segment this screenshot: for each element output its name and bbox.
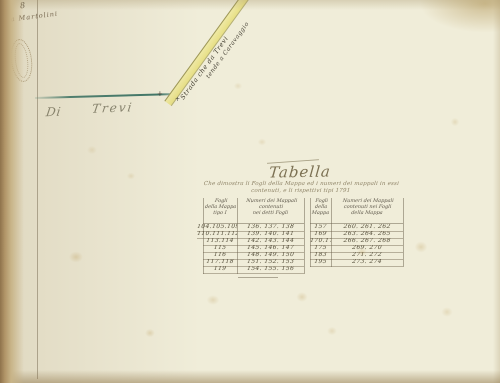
cell-fogli: 195 — [310, 259, 332, 266]
left-header-fogli: Fogli della Mappa tipo I — [203, 199, 238, 216]
cell-mappali: 148. 149. 150 — [237, 252, 305, 259]
cell-mappali: 260. 261. 262 — [331, 224, 404, 231]
cell-fogli: 175 — [310, 245, 332, 252]
cell-fogli: 170.171 — [310, 238, 332, 245]
page-number: 8 — [19, 1, 25, 11]
cell-fogli: 116 — [203, 252, 238, 259]
cell-mappali: 142. 143. 144 — [237, 238, 305, 245]
table-row: 195 273. 274 — [310, 259, 403, 267]
cell-mappali: 151. 152. 153 — [237, 259, 305, 266]
cell-fogli: 183 — [310, 252, 332, 259]
cell-mappali: 139. 140. 141 — [237, 231, 305, 238]
cell-fogli: 117.118 — [203, 259, 238, 266]
cell-fogli: 115 — [203, 245, 238, 252]
cell-fogli: 104.105.109 — [197, 224, 238, 231]
cell-mappali: 154. 155. 156 — [237, 266, 305, 273]
manuscript-page: 8 Via Martolini Di Trevi Strada che da T… — [0, 0, 500, 383]
place-label-trevi: Trevi — [91, 100, 134, 116]
cell-fogli: 157 — [310, 224, 332, 231]
left-header-mappali: Numeri dei Mappali contenuti nei detti F… — [237, 199, 305, 216]
road-label-line1: Strada che da Trevi — [179, 35, 230, 102]
cell-mappali: 145. 146. 147 — [237, 245, 305, 252]
cell-fogli: 110.111.112 — [197, 231, 238, 238]
left-table-closing-rule — [238, 277, 278, 278]
cell-mappali: 269. 270 — [331, 245, 404, 252]
table-row: 119 154. 155. 156 — [203, 266, 304, 274]
cell-mappali: 273. 274 — [331, 259, 404, 266]
junction-mark: + — [157, 90, 163, 98]
table-title: Tabella — [251, 162, 349, 182]
cell-mappali: 136. 137. 138 — [237, 224, 305, 231]
road-band: Strada che da Trevi tende a Caravaggio — [164, 0, 252, 106]
margin-rule-line — [37, 0, 38, 379]
junction-mark: + — [175, 96, 180, 103]
cell-fogli: 169 — [310, 231, 332, 238]
stamp-icon — [8, 38, 34, 83]
table-subtitle: Che dimostra li Fogli della Mappa ed i n… — [202, 181, 399, 195]
margin-note: Via Martolini — [2, 10, 59, 25]
left-table-right-line — [304, 198, 305, 274]
cell-mappali: 263. 264. 265 — [331, 231, 404, 238]
place-label-di: Di — [45, 105, 62, 120]
cell-mappali: 271. 272 — [331, 252, 404, 259]
stamp-inner-ring — [13, 42, 30, 78]
stream-line — [35, 93, 177, 99]
cell-fogli: 113.114 — [203, 238, 238, 245]
right-header-mappali: Numeri dei Mappali contenuti nei Fogli d… — [331, 199, 404, 216]
right-header-fogli: Fogli della Mappa — [310, 199, 332, 216]
cell-fogli: 119 — [203, 266, 238, 273]
cell-mappali: 266. 267. 268 — [331, 238, 404, 245]
